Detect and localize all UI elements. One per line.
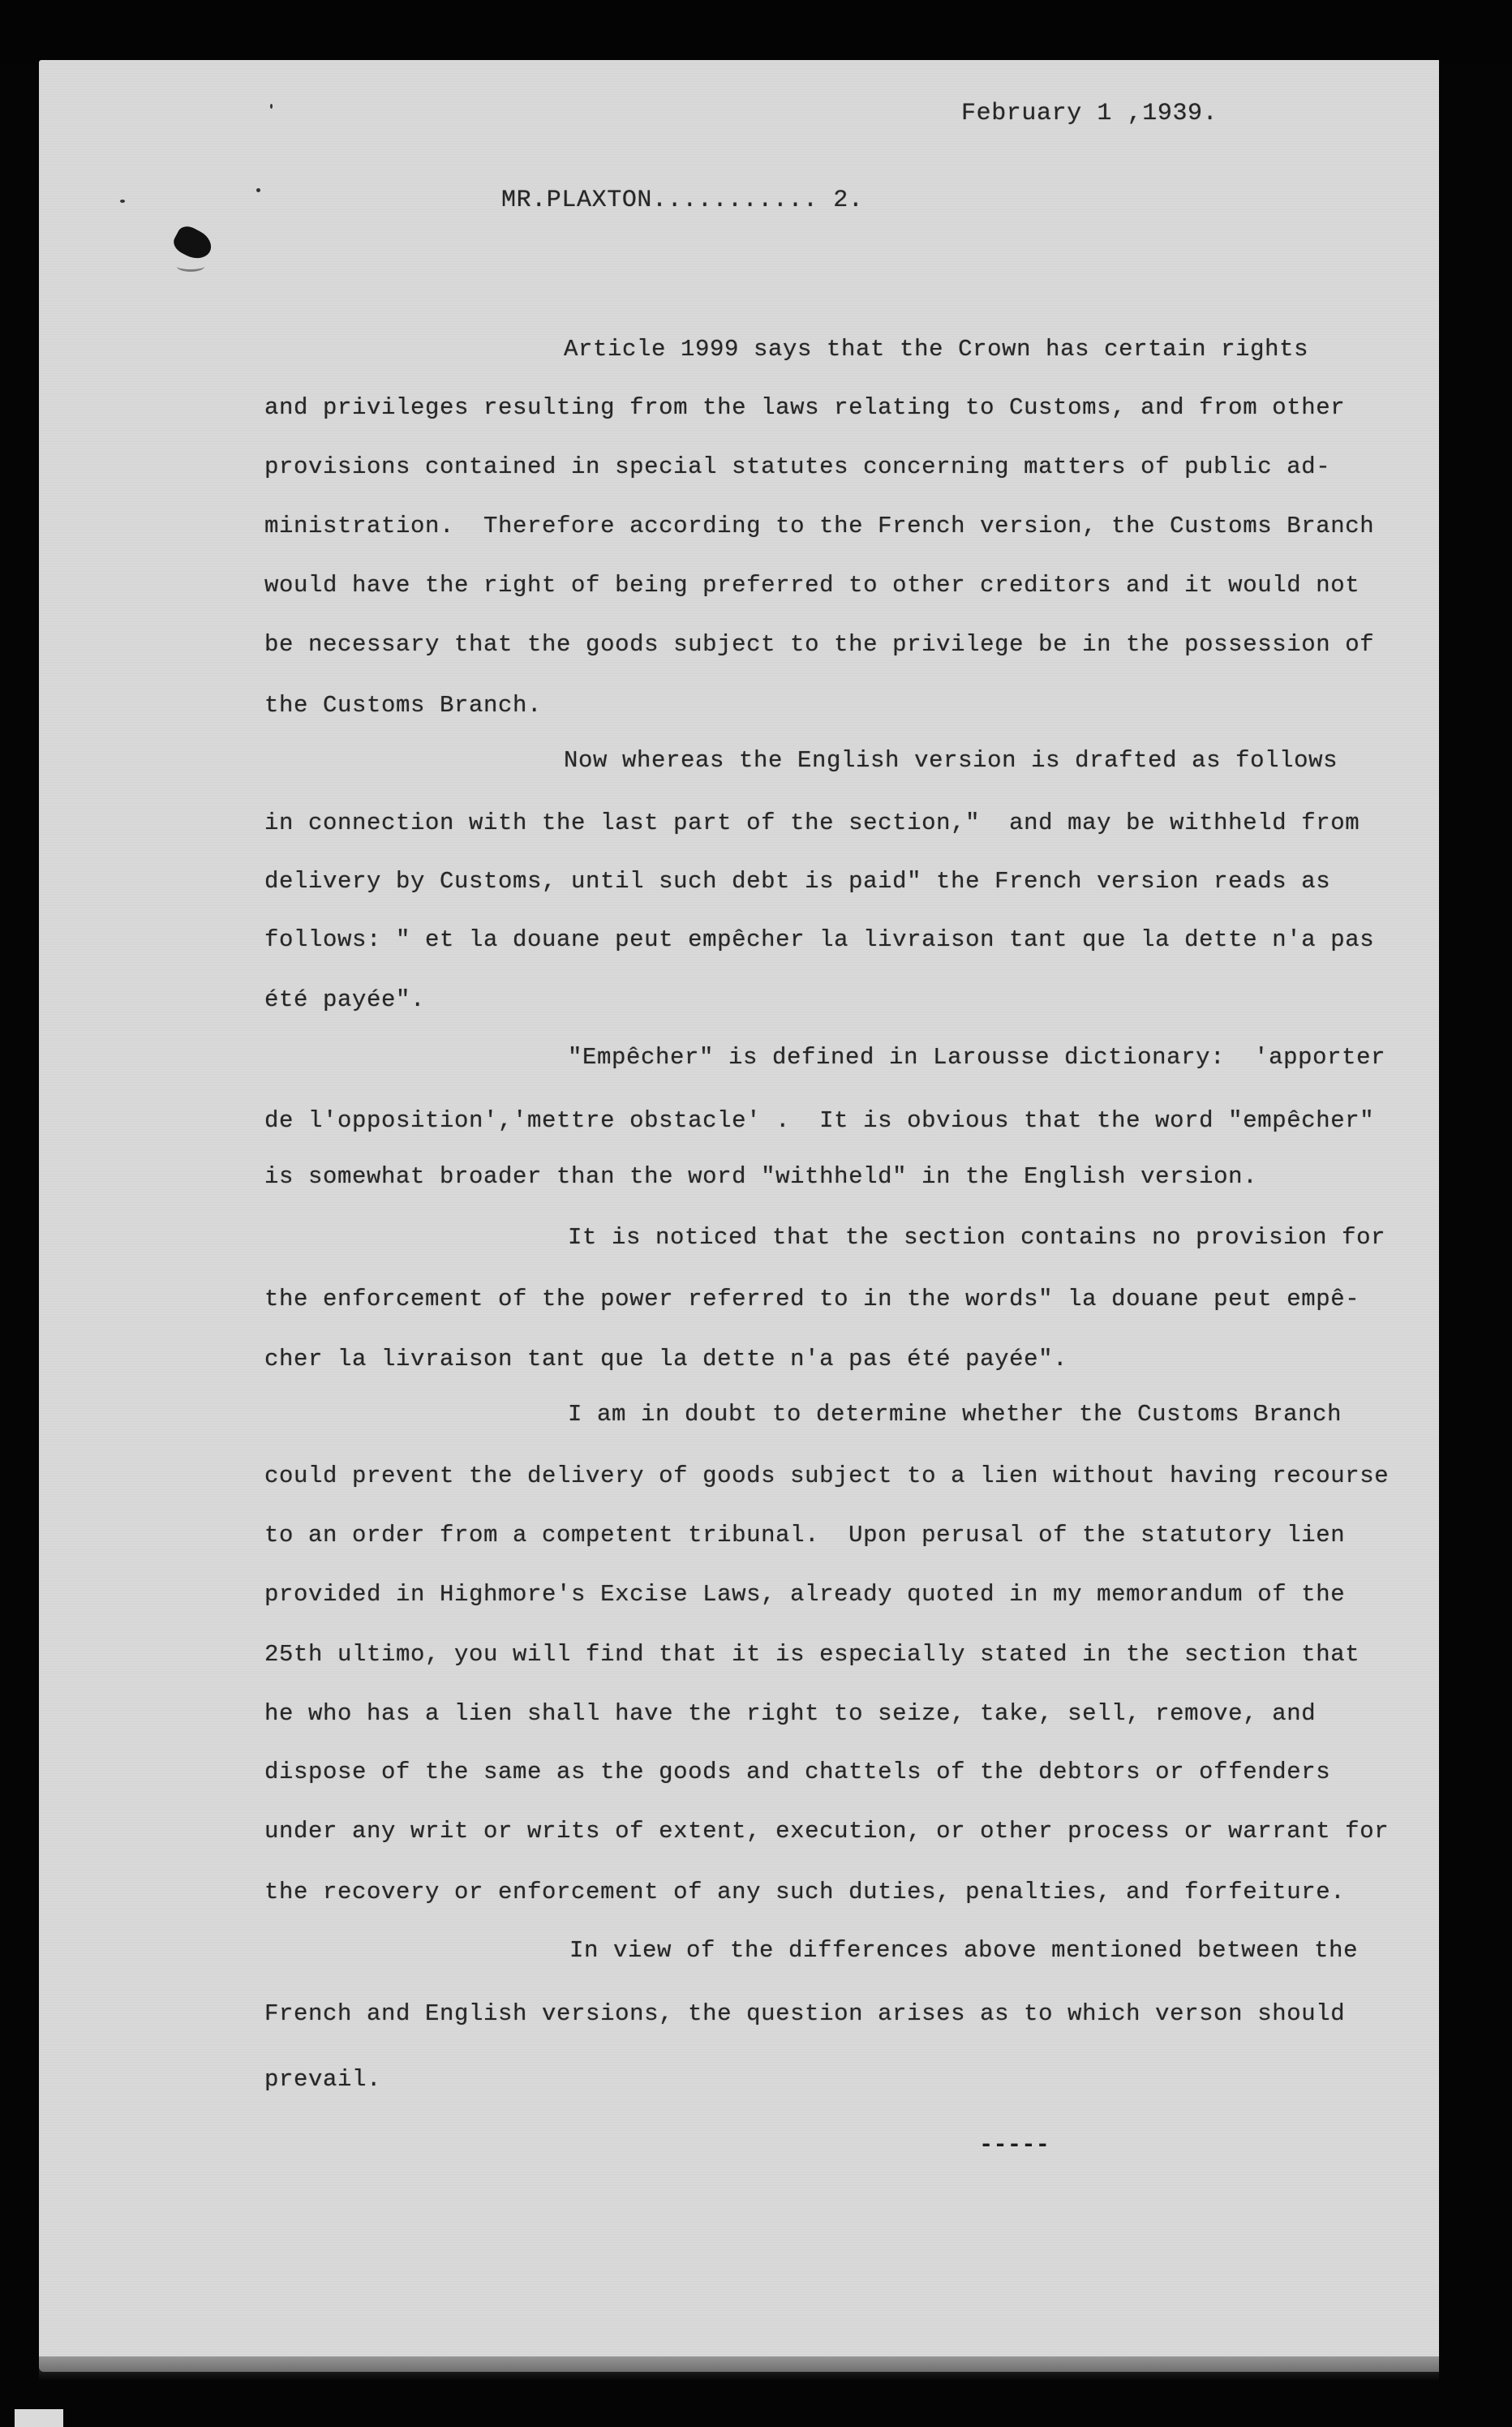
body-line: cher la livraison tant que la dette n'a … [264,1347,1067,1371]
body-line: the recovery or enforcement of any such … [264,1880,1345,1904]
body-line: ministration. Therefore according to the… [264,514,1374,538]
body-line: In view of the differences above mention… [569,1939,1358,1962]
body-line: I am in doubt to determine whether the C… [568,1403,1342,1426]
body-line: and privileges resulting from the laws r… [264,396,1345,419]
body-line: he who has a lien shall have the right t… [264,1702,1316,1725]
body-line: delivery by Customs, until such debt is … [264,870,1330,893]
document-date: February 1 ,1939. [961,101,1218,126]
dust-speck [120,200,125,203]
film-edge-tab [15,2409,63,2427]
body-line: the enforcement of the power referred to… [264,1287,1360,1311]
body-line: provisions contained in special statutes… [264,455,1330,479]
film-border-top [0,0,1512,65]
body-line: dispose of the same as the goods and cha… [264,1760,1330,1784]
ink-blot-curve-mark [177,261,204,272]
body-line: de l'opposition','mettre obstacle' . It … [264,1109,1374,1132]
body-line: "Empêcher" is defined in Larousse dictio… [568,1046,1385,1069]
body-line: could prevent the delivery of goods subj… [264,1464,1389,1488]
body-line: provided in Highmore's Excise Laws, alre… [264,1583,1345,1606]
body-line: It is noticed that the section contains … [568,1226,1385,1249]
body-line: to an order from a competent tribunal. U… [264,1523,1345,1547]
dust-speck [256,188,260,192]
body-line: would have the right of being preferred … [264,573,1360,597]
body-line: Article 1999 says that the Crown has cer… [564,337,1308,361]
dust-speck [270,104,273,109]
body-line: follows: " et la douane peut empêcher la… [264,928,1374,951]
page-header-addressee: MR.PLAXTON........... 2. [501,188,863,213]
body-line: be necessary that the goods subject to t… [264,633,1374,656]
body-line: été payée". [264,988,425,1012]
body-line: 25th ultimo, you will find that it is es… [264,1643,1360,1666]
body-line: is somewhat broader than the word "withh… [264,1165,1257,1188]
body-line: French and English versions, the questio… [264,2002,1345,2025]
page-bottom-shadow [39,2356,1439,2381]
closing-divider: ----- [979,2132,1050,2159]
body-line: under any writ or writs of extent, execu… [264,1819,1389,1843]
body-line: Now whereas the English version is draft… [564,749,1338,772]
body-line: prevail. [264,2068,381,2091]
body-line: in connection with the last part of the … [264,811,1360,835]
body-line: the Customs Branch. [264,694,542,717]
